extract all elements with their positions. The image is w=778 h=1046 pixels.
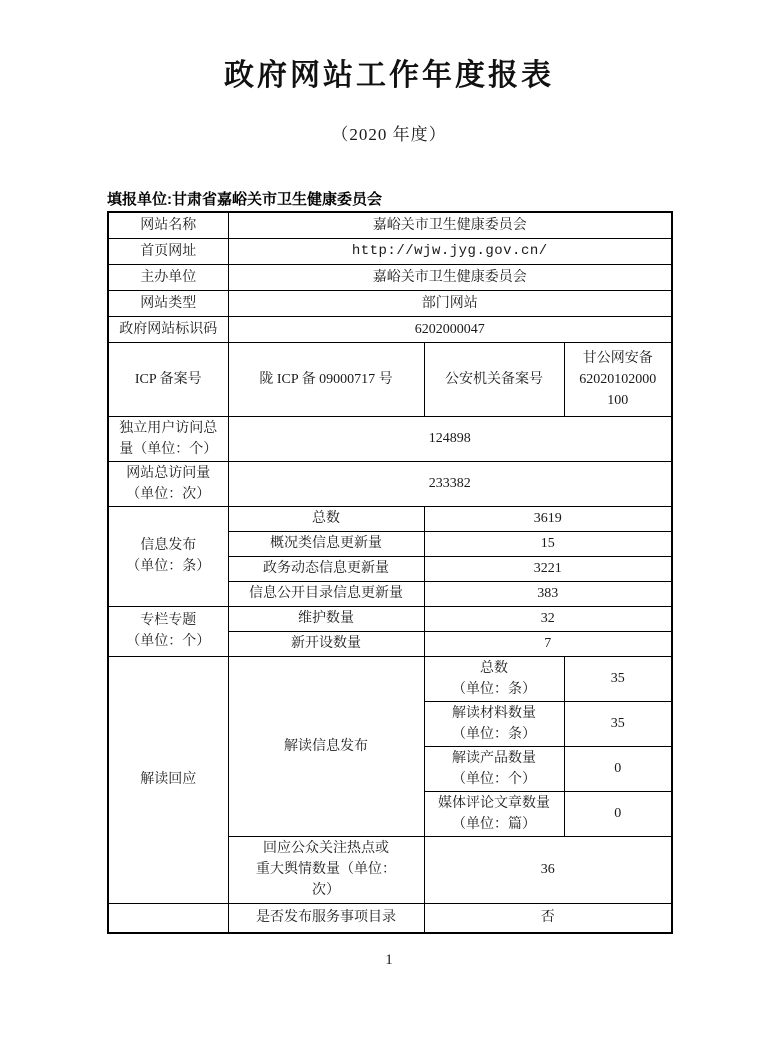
row-special-maintained: 专栏专题 （单位：个） 维护数量 32 (108, 606, 672, 631)
row-site-type: 网站类型 部门网站 (108, 290, 672, 316)
total-visits-label: 网站总访问量 （单位：次） (108, 461, 228, 506)
public-response-value: 36 (424, 836, 672, 903)
interp-materials-value: 35 (564, 701, 672, 746)
info-publish-news-label: 政务动态信息更新量 (228, 556, 424, 581)
row-home-url: 首页网址 http://wjw.jyg.gov.cn/ (108, 238, 672, 264)
police-record-value: 甘公网安备 62020102000 100 (564, 342, 672, 416)
row-total-visits: 网站总访问量 （单位：次） 233382 (108, 461, 672, 506)
info-publish-directory-value: 383 (424, 581, 672, 606)
interp-media-value: 0 (564, 791, 672, 836)
page-number: 1 (0, 952, 778, 969)
special-maintained-label: 维护数量 (228, 606, 424, 631)
total-visits-value: 233382 (228, 461, 672, 506)
info-publish-total-value: 3619 (424, 506, 672, 531)
row-site-name: 网站名称 嘉峪关市卫生健康委员会 (108, 212, 672, 238)
row-site-code: 政府网站标识码 6202000047 (108, 316, 672, 342)
organizer-label: 主办单位 (108, 264, 228, 290)
row-info-publish-total: 信息发布 （单位：条） 总数 3619 (108, 506, 672, 531)
site-code-value: 6202000047 (228, 316, 672, 342)
site-name-value: 嘉峪关市卫生健康委员会 (228, 212, 672, 238)
row-interp-total: 解读回应 解读信息发布 总数 （单位：条） 35 (108, 656, 672, 701)
info-publish-overview-label: 概况类信息更新量 (228, 531, 424, 556)
info-publish-group-label: 信息发布 （单位：条） (108, 506, 228, 606)
home-url-label: 首页网址 (108, 238, 228, 264)
organizer-value: 嘉峪关市卫生健康委员会 (228, 264, 672, 290)
site-type-value: 部门网站 (228, 290, 672, 316)
row-unique-visitors: 独立用户访问总量（单位：个） 124898 (108, 416, 672, 461)
interp-products-value: 0 (564, 746, 672, 791)
service-directory-group-cell (108, 903, 228, 933)
public-response-label: 回应公众关注热点或 重大舆情数量（单位： 次） (228, 836, 424, 903)
interp-materials-label: 解读材料数量 （单位：条） (424, 701, 564, 746)
interp-total-label: 总数 （单位：条） (424, 656, 564, 701)
interp-total-value: 35 (564, 656, 672, 701)
annual-report-table: 网站名称 嘉峪关市卫生健康委员会 首页网址 http://wjw.jyg.gov… (107, 211, 673, 934)
special-maintained-value: 32 (424, 606, 672, 631)
home-url-value: http://wjw.jyg.gov.cn/ (228, 238, 672, 264)
info-publish-directory-label: 信息公开目录信息更新量 (228, 581, 424, 606)
row-service-directory: 是否发布服务事项目录 否 (108, 903, 672, 933)
special-new-label: 新开设数量 (228, 631, 424, 656)
site-name-label: 网站名称 (108, 212, 228, 238)
interpretation-publish-label: 解读信息发布 (228, 656, 424, 836)
service-directory-label: 是否发布服务事项目录 (228, 903, 424, 933)
report-page: 政府网站工作年度报表 （2020 年度） 填报单位:甘肃省嘉峪关市卫生健康委员会… (0, 0, 778, 1046)
reporting-unit: 填报单位:甘肃省嘉峪关市卫生健康委员会 (107, 188, 382, 209)
unique-visitors-label: 独立用户访问总量（单位：个） (108, 416, 228, 461)
info-publish-news-value: 3221 (424, 556, 672, 581)
site-code-label: 政府网站标识码 (108, 316, 228, 342)
icp-value: 陇 ICP 备 09000717 号 (228, 342, 424, 416)
service-directory-value: 否 (424, 903, 672, 933)
page-subtitle: （2020 年度） (0, 120, 778, 145)
row-icp: ICP 备案号 陇 ICP 备 09000717 号 公安机关备案号 甘公网安备… (108, 342, 672, 416)
icp-label: ICP 备案号 (108, 342, 228, 416)
interpretation-group-label: 解读回应 (108, 656, 228, 903)
interp-products-label: 解读产品数量 （单位：个） (424, 746, 564, 791)
site-type-label: 网站类型 (108, 290, 228, 316)
police-record-label: 公安机关备案号 (424, 342, 564, 416)
page-title: 政府网站工作年度报表 (0, 0, 778, 94)
unique-visitors-value: 124898 (228, 416, 672, 461)
info-publish-total-label: 总数 (228, 506, 424, 531)
interp-media-label: 媒体评论文章数量 （单位：篇） (424, 791, 564, 836)
info-publish-overview-value: 15 (424, 531, 672, 556)
special-columns-group-label: 专栏专题 （单位：个） (108, 606, 228, 656)
row-organizer: 主办单位 嘉峪关市卫生健康委员会 (108, 264, 672, 290)
special-new-value: 7 (424, 631, 672, 656)
